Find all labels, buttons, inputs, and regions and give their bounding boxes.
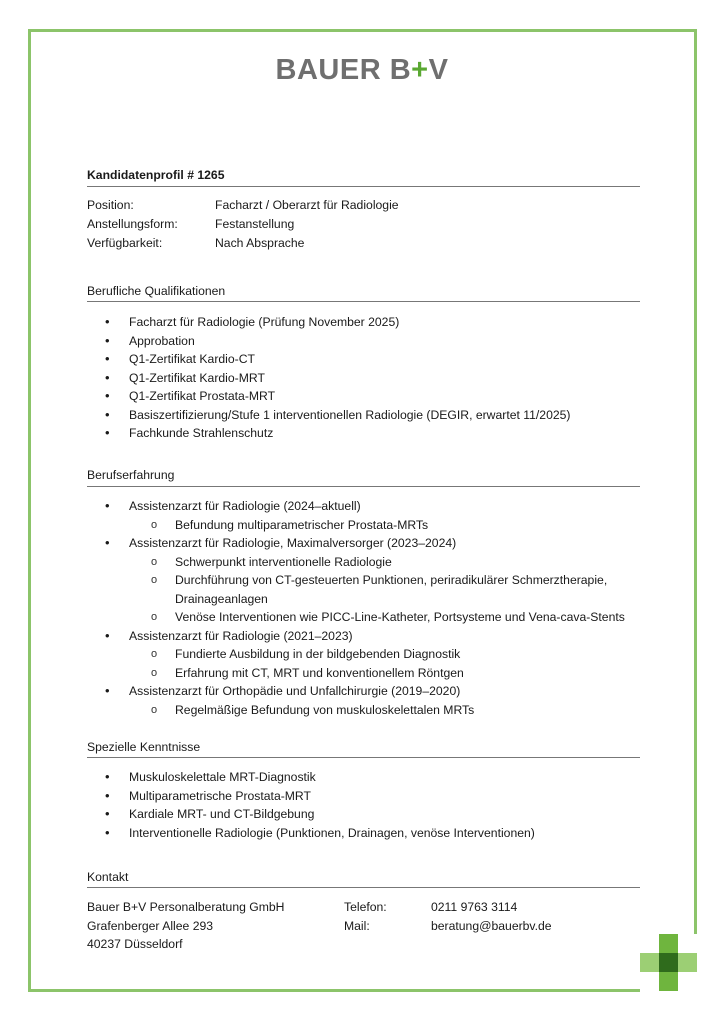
qualification-item: Fachkunde Strahlenschutz — [87, 424, 647, 443]
field-label: Verfügbarkeit: — [87, 236, 162, 250]
field-value: Festanstellung — [215, 217, 294, 231]
experience-detail: Befundung multiparametrischer Prostata-M… — [87, 516, 647, 535]
mail-label: Mail: — [344, 917, 387, 936]
skill-item: Kardiale MRT- und CT-Bildgebung — [87, 805, 647, 824]
profile-title: Kandidatenprofil # 1265 — [87, 168, 224, 182]
phone-label: Telefon: — [344, 898, 387, 917]
experience-detail: Erfahrung mit CT, MRT und konventionelle… — [87, 664, 647, 683]
experience-list: Assistenzarzt für Radiologie (2024–aktue… — [87, 497, 647, 719]
contact-company: Bauer B+V Personalberatung GmbH — [87, 898, 284, 917]
logo-text: BAUER B — [276, 54, 412, 86]
experience-detail: Durchführung von CT-gesteuerten Punktion… — [87, 571, 645, 608]
experience-item: Assistenzarzt für Radiologie (2021–2023) — [87, 627, 647, 646]
experience-detail: Venöse Interventionen wie PICC-Line-Kath… — [87, 608, 647, 627]
qualification-item: Basiszertifizierung/Stufe 1 intervention… — [87, 406, 647, 425]
logo-plus-icon: + — [411, 54, 428, 86]
skill-item: Interventionelle Radiologie (Punktionen,… — [87, 824, 647, 843]
phone-number[interactable]: 0211 9763 3114 — [431, 898, 552, 917]
field-value: Facharzt / Oberarzt für Radiologie — [215, 198, 399, 212]
contact-city: 40237 Düsseldorf — [87, 935, 284, 954]
divider — [87, 486, 640, 487]
field-value: Nach Absprache — [215, 236, 304, 250]
experience-detail: Schwerpunkt interventionelle Radiologie — [87, 553, 647, 572]
experience-heading: Berufserfahrung — [87, 468, 174, 482]
green-cross-icon — [640, 934, 697, 991]
frame-border-top — [28, 29, 697, 32]
qualification-item: Facharzt für Radiologie (Prüfung Novembe… — [87, 313, 647, 332]
company-logo: BAUER B+V — [0, 54, 724, 87]
contact-heading: Kontakt — [87, 870, 128, 884]
divider — [87, 186, 640, 187]
frame-border-right — [694, 29, 697, 934]
field-label: Position: — [87, 198, 134, 212]
frame-border-left — [28, 29, 31, 992]
divider — [87, 887, 640, 888]
contact-values: 0211 9763 3114 beratung@bauerbv.de — [431, 898, 552, 935]
experience-item: Assistenzarzt für Orthopädie und Unfallc… — [87, 682, 647, 701]
skills-list: Muskuloskelettale MRT-DiagnostikMultipar… — [87, 768, 647, 842]
frame-border-bottom — [28, 989, 640, 992]
skills-heading: Spezielle Kenntnisse — [87, 740, 200, 754]
qualification-item: Q1-Zertifikat Kardio-CT — [87, 350, 647, 369]
mail-address[interactable]: beratung@bauerbv.de — [431, 917, 552, 936]
qualifications-heading: Berufliche Qualifikationen — [87, 284, 225, 298]
skill-item: Multiparametrische Prostata-MRT — [87, 787, 647, 806]
experience-detail: Fundierte Ausbildung in der bildgebenden… — [87, 645, 647, 664]
experience-detail: Regelmäßige Befundung von muskuloskelett… — [87, 701, 647, 720]
experience-item: Assistenzarzt für Radiologie (2024–aktue… — [87, 497, 647, 516]
qualification-item: Approbation — [87, 332, 647, 351]
field-label: Anstellungsform: — [87, 217, 178, 231]
experience-item: Assistenzarzt für Radiologie, Maximalver… — [87, 534, 647, 553]
contact-labels: Telefon: Mail: — [344, 898, 387, 935]
contact-address: Bauer B+V Personalberatung GmbH Grafenbe… — [87, 898, 284, 954]
skill-item: Muskuloskelettale MRT-Diagnostik — [87, 768, 647, 787]
logo-text-end: V — [429, 54, 449, 86]
divider — [87, 757, 640, 758]
qualification-item: Q1-Zertifikat Kardio-MRT — [87, 369, 647, 388]
qualification-item: Q1-Zertifikat Prostata-MRT — [87, 387, 647, 406]
contact-street: Grafenberger Allee 293 — [87, 917, 284, 936]
qualifications-list: Facharzt für Radiologie (Prüfung Novembe… — [87, 313, 647, 443]
divider — [87, 301, 640, 302]
